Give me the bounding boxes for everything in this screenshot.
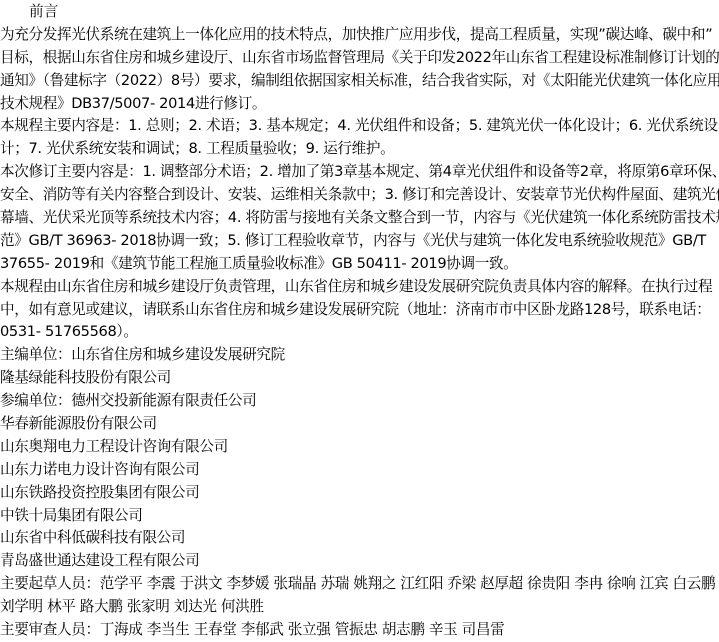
paragraph-drafters: 主要起草人员：范学平 李震 于洪文 李梦媛 张瑞晶 苏瑞 姚翔之 江红阳 乔梁 … (0, 573, 712, 619)
document-title: 前言 (0, 1, 719, 24)
chief-editor-unit: 隆基绿能科技股份有限公司 (0, 367, 712, 390)
drafters-line: 刘学明 林平 路大鹏 张家明 刘达光 何洪胜 (0, 596, 712, 619)
paragraph-participating-editors: 参编单位：德州交投新能源有限责任公司 华春新能源股份有限公司 山东奥翔电力工程设… (0, 390, 712, 573)
text-line: 为充分发挥光伏系统在建筑上一体化应用的技术特点，加快推广应用步伐，提高工程质量，… (0, 24, 712, 47)
text-line: 中，如有意见或建议，请联系山东省住房和城乡建设发展研究院（地址：济南市市中区卧龙… (0, 299, 712, 322)
participating-unit: 山东奥翔电力工程设计咨询有限公司 (0, 436, 712, 459)
text-line: 计；7. 光伏系统安装和调试；8. 工程质量验收；9. 运行维护。 (0, 138, 712, 161)
text-line: 本规程由山东省住房和城乡建设厅负责管理，山东省住房和城乡建设发展研究院负责具体内… (0, 276, 712, 299)
paragraph-chief-editor: 主编单位：山东省住房和城乡建设发展研究院 隆基绿能科技股份有限公司 (0, 344, 712, 390)
text-line: 安全、消防等有关内容整合到设计、安装、运维相关条款中；3. 修订和完善设计、安装… (0, 184, 712, 207)
text-line: 37655- 2019和《建筑节能工程施工质量验收标准》GB 50411- 20… (0, 253, 712, 276)
chief-editor-unit: 主编单位：山东省住房和城乡建设发展研究院 (0, 344, 712, 367)
paragraph-management: 本规程由山东省住房和城乡建设厅负责管理，山东省住房和城乡建设发展研究院负责具体内… (0, 276, 712, 345)
text-line: 技术规程》DB37/5007- 2014进行修订。 (0, 93, 712, 116)
drafters-line: 主要起草人员：范学平 李震 于洪文 李梦媛 张瑞晶 苏瑞 姚翔之 江红阳 乔梁 … (0, 573, 712, 596)
paragraph-reviewers: 主要审查人员：丁海成 李当生 王春堂 李郁武 张立强 管振忠 胡志鹏 辛玉 司昌… (0, 619, 712, 642)
paragraph-main-contents: 本规程主要内容是：1. 总则；2. 术语；3. 基本规定；4. 光伏组件和设备；… (0, 115, 712, 161)
text-line: 本规程主要内容是：1. 总则；2. 术语；3. 基本规定；4. 光伏组件和设备；… (0, 115, 712, 138)
text-line: 幕墙、光伏采光顶等系统技术内容；4. 将防雷与接地有关条文整合到一节，内容与《光… (0, 207, 712, 230)
text-line: 通知》（鲁建标字（2022）8号）要求，编制组依据国家相关标准，结合我省实际，对… (0, 70, 712, 93)
participating-unit: 参编单位：德州交投新能源有限责任公司 (0, 390, 712, 413)
text-line: 0531- 51765568）。 (0, 321, 712, 344)
paragraph-intro: 为充分发挥光伏系统在建筑上一体化应用的技术特点，加快推广应用步伐，提高工程质量，… (0, 24, 712, 116)
participating-unit: 青岛盛世通达建设工程有限公司 (0, 550, 712, 573)
participating-unit: 山东铁路投资控股集团有限公司 (0, 482, 712, 505)
participating-unit: 山东力诺电力设计咨询有限公司 (0, 459, 712, 482)
participating-unit: 中铁十局集团有限公司 (0, 505, 712, 528)
paragraph-revision-contents: 本次修订主要内容是：1. 调整部分术语；2. 增加了第3章基本规定、第4章光伏组… (0, 161, 712, 275)
text-line: 范》GB/T 36963- 2018协调一致；5. 修订工程验收章节，内容与《光… (0, 230, 712, 253)
participating-unit: 山东省中科低碳科技有限公司 (0, 527, 712, 550)
participating-unit: 华春新能源股份有限公司 (0, 413, 712, 436)
text-line: 目标，根据山东省住房和城乡建设厅、山东省市场监督管理局《关于印发2022年山东省… (0, 47, 712, 70)
document-page: 前言 为充分发挥光伏系统在建筑上一体化应用的技术特点，加快推广应用步伐，提高工程… (0, 0, 719, 642)
reviewers-line: 主要审查人员：丁海成 李当生 王春堂 李郁武 张立强 管振忠 胡志鹏 辛玉 司昌… (0, 619, 712, 642)
text-line: 本次修订主要内容是：1. 调整部分术语；2. 增加了第3章基本规定、第4章光伏组… (0, 161, 712, 184)
